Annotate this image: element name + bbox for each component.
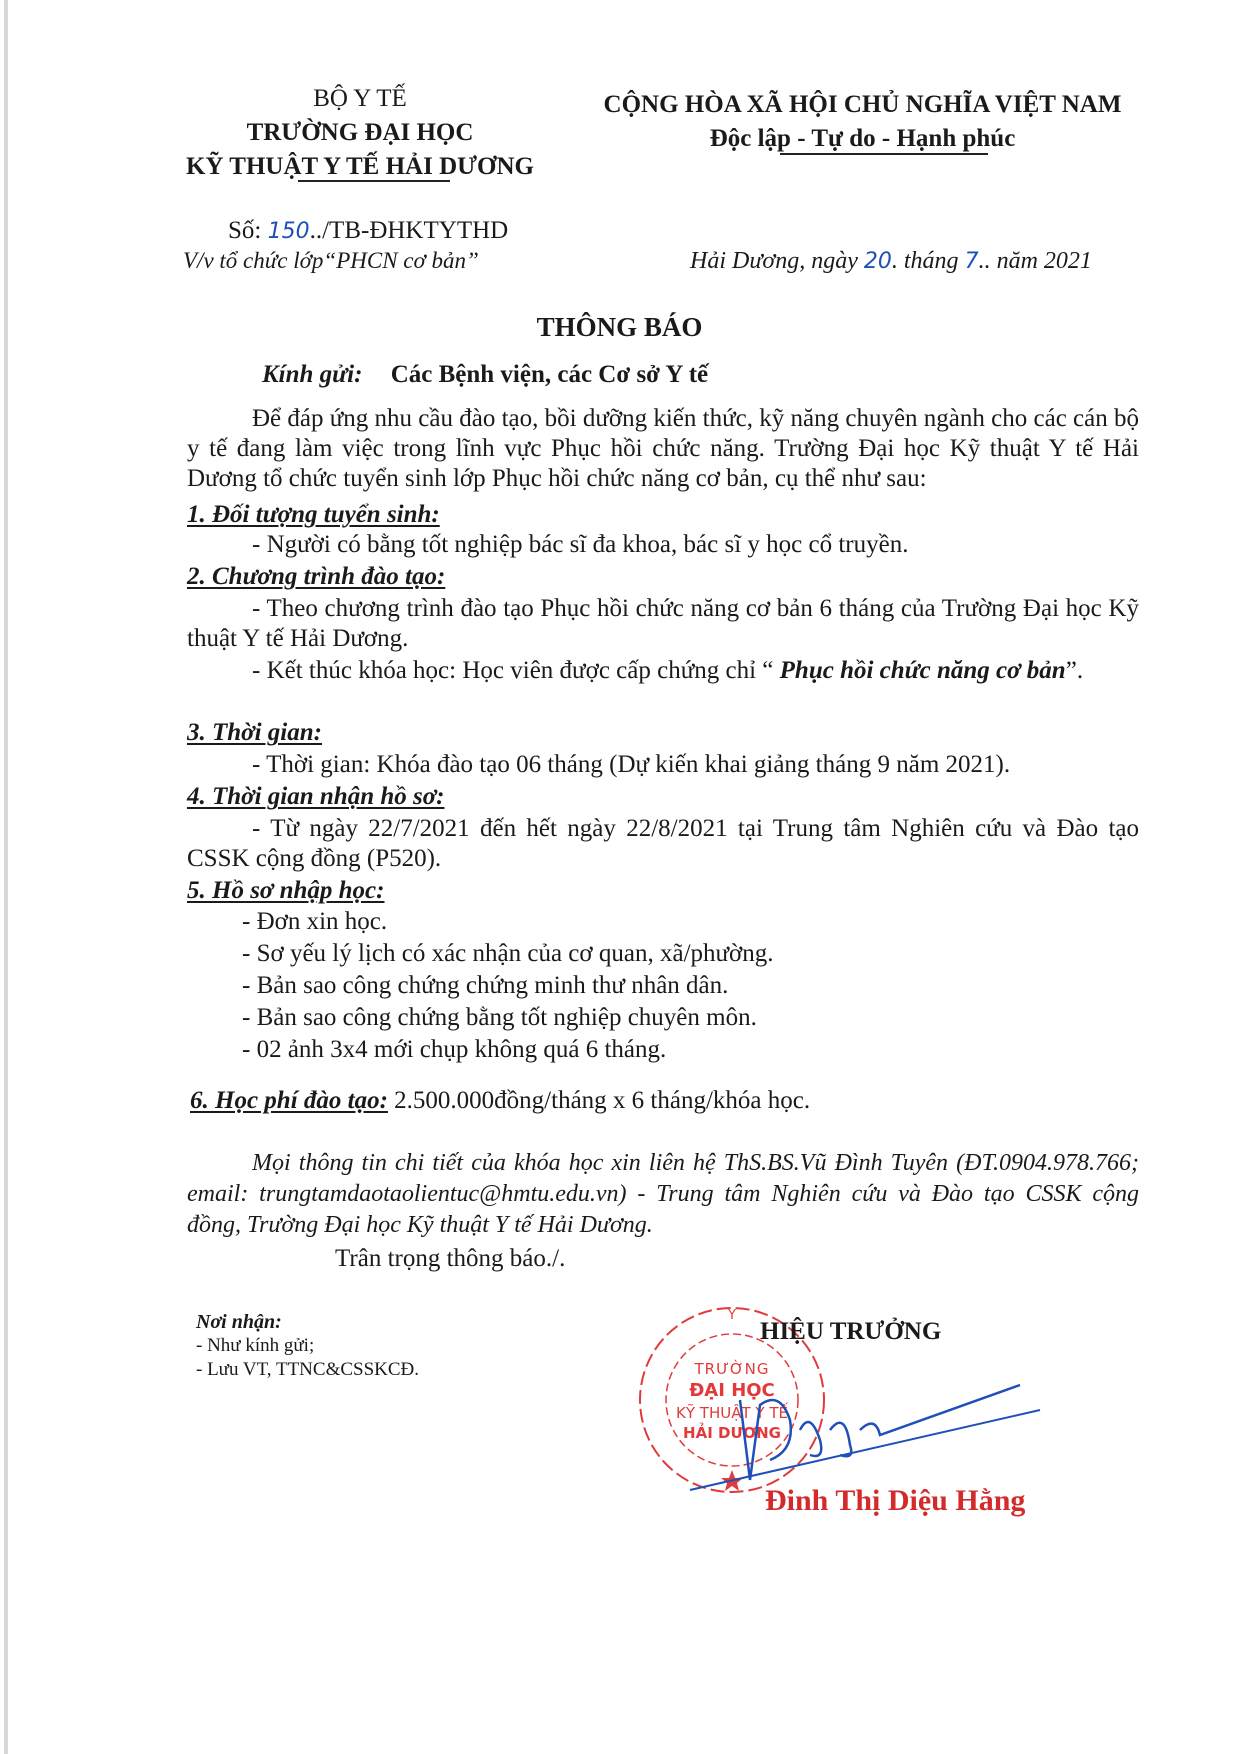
header-left: BỘ Y TẾ TRƯỜNG ĐẠI HỌC KỸ THUẬT Y TẾ HẢI…	[170, 82, 550, 184]
list-item: - Đơn xin học.	[242, 906, 774, 938]
section-1-heading: 1. Đối tượng tuyển sinh:	[187, 500, 440, 530]
section-2-item-1: - Theo chương trình đào tạo Phục hồi chứ…	[187, 594, 1139, 654]
recipient-value: Các Bệnh viện, các Cơ sở Y tế	[391, 361, 708, 388]
motto-underline	[780, 153, 988, 155]
recipient-line: Kính gửi: Các Bệnh viện, các Cơ sở Y tế	[262, 360, 708, 390]
ministry-name: BỘ Y TẾ	[170, 82, 550, 116]
school-name-line1: TRƯỜNG ĐẠI HỌC	[170, 116, 550, 150]
signature-icon	[660, 1370, 1050, 1500]
list-item: - Lưu VT, TTNC&CSSKCĐ.	[196, 1358, 419, 1382]
section-4-item: - Từ ngày 22/7/2021 đến hết ngày 22/8/20…	[187, 814, 1139, 874]
handwritten-day: 20	[864, 249, 892, 274]
section-1-item: - Người có bằng tốt nghiệp bác sĩ đa kho…	[252, 530, 908, 560]
section-5-heading: 5. Hồ sơ nhập học:	[187, 876, 384, 906]
closing-line: Trân trọng thông báo./.	[335, 1244, 565, 1274]
list-item: - Như kính gửi;	[196, 1334, 419, 1358]
list-item: - Bản sao công chứng bằng tốt nghiệp chu…	[242, 1002, 774, 1034]
section-2-item-2: - Kết thúc khóa học: Học viên được cấp c…	[187, 656, 1139, 686]
contact-paragraph: Mọi thông tin chi tiết của khóa học xin …	[187, 1148, 1139, 1241]
header-right: CỘNG HÒA XÃ HỘI CHỦ NGHĨA VIỆT NAM Độc l…	[575, 88, 1150, 156]
handwritten-number: 150	[268, 219, 310, 244]
list-item: - 02 ảnh 3x4 mới chụp không quá 6 tháng.	[242, 1034, 774, 1066]
intro-paragraph: Để đáp ứng nhu cầu đào tạo, bồi dưỡng ki…	[187, 404, 1139, 494]
section-6-heading: 6. Học phí đào tạo:	[190, 1087, 388, 1114]
section-6-line: 6. Học phí đào tạo: 2.500.000đồng/tháng …	[190, 1086, 810, 1116]
motto: Độc lập - Tự do - Hạnh phúc	[575, 122, 1150, 156]
date-line: Hải Dương, ngày 20. tháng 7.. năm 2021	[690, 248, 1092, 275]
handwritten-month: 7	[965, 249, 979, 274]
scan-edge	[4, 0, 8, 1754]
signatory-title: HIỆU TRƯỞNG	[760, 1318, 941, 1346]
recipients-label: Nơi nhận:	[196, 1310, 419, 1334]
recipient-label: Kính gửi:	[262, 361, 362, 388]
header-left-underline	[298, 180, 450, 182]
list-item: - Sơ yếu lý lịch có xác nhận của cơ quan…	[242, 938, 774, 970]
document-number: Số: 150../TB-ĐHKTYTHD	[228, 214, 508, 249]
section-5-items: - Đơn xin học. - Sơ yếu lý lịch có xác n…	[242, 906, 774, 1066]
section-2-heading: 2. Chương trình đào tạo:	[187, 562, 445, 592]
section-3-heading: 3. Thời gian:	[187, 718, 322, 748]
section-4-heading: 4. Thời gian nhận hồ sơ:	[187, 782, 444, 812]
recipients-block: Nơi nhận: - Như kính gửi; - Lưu VT, TTNC…	[196, 1310, 419, 1382]
school-name-line2: KỸ THUẬT Y TẾ HẢI DƯƠNG	[170, 150, 550, 184]
document-title: THÔNG BÁO	[0, 312, 1239, 343]
subject-line: V/v tổ chức lớp“PHCN cơ bản”	[183, 248, 479, 274]
country-name: CỘNG HÒA XÃ HỘI CHỦ NGHĨA VIỆT NAM	[575, 88, 1150, 122]
list-item: - Bản sao công chứng chứng minh thư nhân…	[242, 970, 774, 1002]
certificate-name: Phục hồi chức năng cơ bản	[780, 657, 1066, 684]
tuition-value: 2.500.000đồng/tháng x 6 tháng/khóa học.	[388, 1087, 810, 1114]
section-3-item: - Thời gian: Khóa đào tạo 06 tháng (Dự k…	[252, 750, 1010, 780]
signatory-name: Đinh Thị Diệu Hằng	[765, 1484, 1025, 1518]
